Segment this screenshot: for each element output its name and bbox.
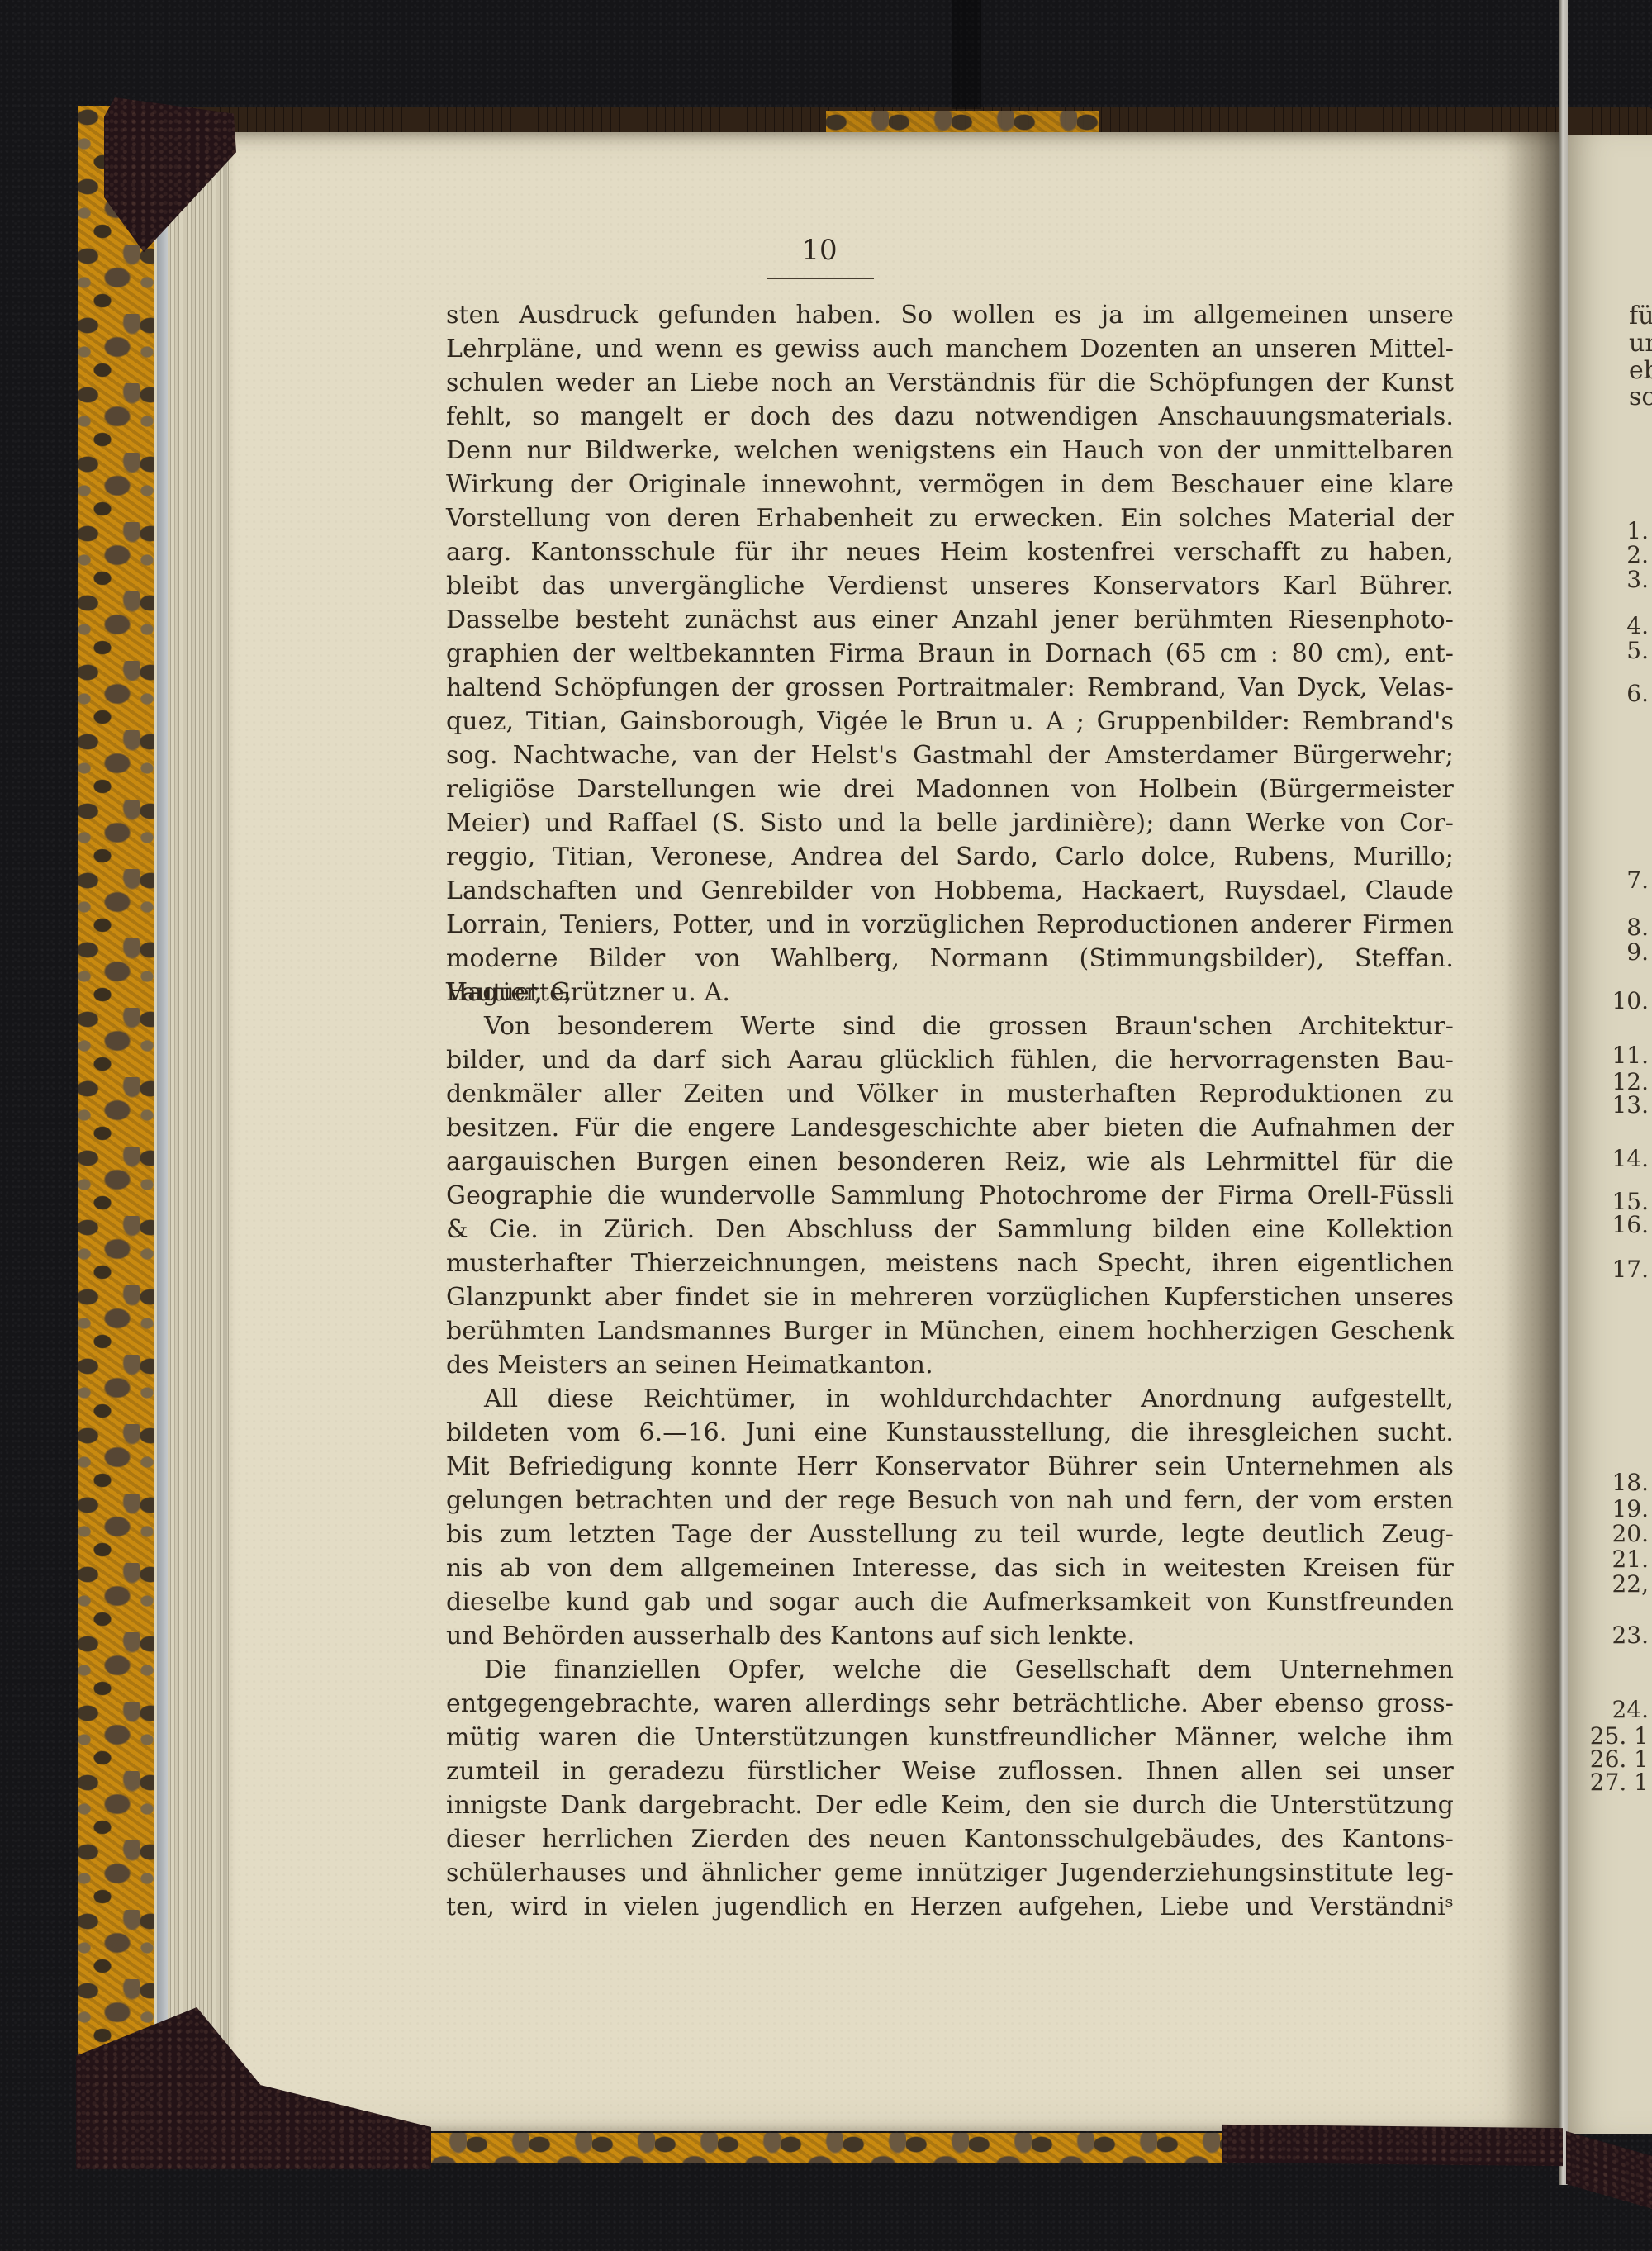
facing-page-list-number: 7. (1573, 867, 1649, 894)
page-number: 10 (781, 234, 857, 267)
text-line: bilder, und da darf sich Aarau glücklich… (446, 1043, 1454, 1077)
bottom-leather-edge-right (1222, 2125, 1563, 2166)
text-line: bildeten vom 6.—16. Juni eine Kunstausst… (446, 1416, 1454, 1450)
facing-page-list-number: 3. (1573, 567, 1649, 593)
text-line: des Meisters an seinen Heimatkanton. (446, 1348, 1454, 1382)
facing-page-list-number: 14. (1573, 1146, 1649, 1172)
facing-page-list-number: 9. (1573, 939, 1649, 966)
page-number-rule (767, 278, 874, 279)
facing-page-list-number: 13. (1573, 1092, 1649, 1118)
text-line: reggio, Titian, Veronese, Andrea del Sar… (446, 840, 1454, 874)
text-line: schülerhauses und ähnlicher geme innützi… (446, 1856, 1454, 1890)
text-line: aarg. Kantonsschule für ihr neues Heim k… (446, 535, 1454, 569)
text-line: religiöse Darstellungen wie drei Madonne… (446, 772, 1454, 806)
gutter-line (1559, 0, 1568, 2185)
page-edge-line (223, 132, 227, 2133)
text-line: Mit Befriedigung konnte Herr Konservator… (446, 1450, 1454, 1484)
text-line: denkmäler aller Zeiten und Völker in mus… (446, 1077, 1454, 1111)
text-line: graphien der weltbekannten Firma Braun i… (446, 637, 1454, 671)
facing-page-list-number: 18. (1573, 1470, 1649, 1496)
facing-page-text-fragment: sc (1629, 383, 1652, 411)
text-line: Landschaften und Genrebilder von Hobbema… (446, 874, 1454, 908)
facing-page-list-number: 17. (1573, 1256, 1649, 1283)
text-line: haltend Schöpfungen der grossen Portrait… (446, 671, 1454, 705)
text-line: Wirkung der Originale innewohnt, vermöge… (446, 468, 1454, 501)
text-line: Die finanziellen Opfer, welche die Gesel… (446, 1653, 1454, 1687)
facing-page-list-number: 23. (1573, 1622, 1649, 1649)
text-line: Vautier, Grützner u. A. (446, 976, 1454, 1009)
text-line: dieser herrlichen Zierden des neuen Kant… (446, 1822, 1454, 1856)
facing-page-text-fragment: fü (1629, 302, 1652, 330)
text-line: Von besonderem Werte sind die grossen Br… (446, 1009, 1454, 1043)
text-line: Lehrpläne, und wenn es gewiss auch manch… (446, 332, 1454, 366)
facing-page-text-fragment: un (1629, 330, 1652, 358)
text-line: Denn nur Bildwerke, welchen wenigstens e… (446, 434, 1454, 468)
text-line: sten Ausdruck gefunden haben. So wollen … (446, 298, 1454, 332)
facing-page-list-number: 8. (1573, 914, 1649, 941)
text-line: sog. Nachtwache, van der Helst's Gastmah… (446, 738, 1454, 772)
text-line: fehlt, so mangelt er doch des dazu notwe… (446, 400, 1454, 434)
facing-page-list-number: 5. (1573, 638, 1649, 664)
text-line: Geographie die wundervolle Sammlung Phot… (446, 1179, 1454, 1213)
facing-page (1568, 135, 1652, 2134)
text-line: quez, Titian, Gainsborough, Vigée le Bru… (446, 705, 1454, 738)
text-line: ten, wird in vielen jugendlich en Herzen… (446, 1890, 1454, 1924)
page-edge-gray-band (157, 132, 168, 2133)
facing-page-list-number: 16. (1573, 1212, 1649, 1238)
text-line: bis zum letzten Tage der Ausstellung zu … (446, 1517, 1454, 1551)
facing-page-list-number: 27. 1 (1573, 1769, 1649, 1796)
facing-page-list-number: 11. (1573, 1042, 1649, 1069)
text-line: besitzen. Für die engere Landesgeschicht… (446, 1111, 1454, 1145)
text-line: Meier) und Raffael (S. Sisto und la bell… (446, 806, 1454, 840)
text-line: schulen weder an Liebe noch an Verständn… (446, 366, 1454, 400)
text-line: moderne Bilder von Wahlberg, Normann (St… (446, 942, 1454, 976)
facing-page-list-number: 19. (1573, 1496, 1649, 1522)
text-line: innigste Dank dargebracht. Der edle Keim… (446, 1788, 1454, 1822)
facing-page-list-number: 22, (1573, 1571, 1649, 1598)
text-line: mütig waren die Unterstützungen kunstfre… (446, 1721, 1454, 1755)
gutter-shadow (1503, 132, 1561, 2131)
text-line: bleibt das unvergängliche Verdienst unse… (446, 569, 1454, 603)
text-line: entgegengebrachte, waren allerdings sehr… (446, 1687, 1454, 1721)
text-line: zumteil in geradezu fürstlicher Weise zu… (446, 1755, 1454, 1788)
facing-page-list-number: 4. (1573, 613, 1649, 639)
facing-page-list-number: 6. (1573, 681, 1649, 707)
right-page-sliver: füunebsc1.2.3.4.5.6.7.8.9.10.11.12.13.14… (1568, 0, 1652, 2251)
text-line: Glanzpunkt aber findet sie in mehreren v… (446, 1280, 1454, 1314)
facing-page-list-number: 20. (1573, 1521, 1649, 1547)
scan-stage: 10 sten Ausdruck gefunden haben. So woll… (0, 0, 1652, 2251)
text-line: nis ab von dem allgemeinen Interesse, da… (446, 1551, 1454, 1585)
facing-page-list-number: 2. (1573, 542, 1649, 568)
left-cover-marbled-edge (78, 106, 155, 2164)
facing-page-list-number: 10. (1573, 988, 1649, 1014)
text-line: musterhafter Thierzeichnungen, meistens … (446, 1247, 1454, 1280)
text-line: & Cie. in Zürich. Den Abschluss der Samm… (446, 1213, 1454, 1247)
facing-page-text-fragment: eb (1629, 357, 1652, 385)
text-line: Lorrain, Teniers, Potter, und in vorzügl… (446, 908, 1454, 942)
spine-shadow (952, 0, 981, 109)
text-line: und Behörden ausserhalb des Kantons auf … (446, 1619, 1454, 1653)
text-line: Vorstellung von deren Erhabenheit zu erw… (446, 501, 1454, 535)
body-text: sten Ausdruck gefunden haben. So wollen … (446, 298, 1454, 1924)
text-line: aargauischen Burgen einen besonderen Rei… (446, 1145, 1454, 1179)
text-line: berühmten Landsmannes Burger in München,… (446, 1314, 1454, 1348)
text-line: gelungen betrachten und der rege Besuch … (446, 1484, 1454, 1517)
text-line: Dasselbe besteht zunächst aus einer Anza… (446, 603, 1454, 637)
text-line: dieselbe kund gab und sogar auch die Auf… (446, 1585, 1454, 1619)
text-line: All diese Reichtümer, in wohldurchdachte… (446, 1382, 1454, 1416)
facing-page-list-number: 24. (1573, 1697, 1649, 1723)
facing-page-list-number: 21. (1573, 1546, 1649, 1573)
